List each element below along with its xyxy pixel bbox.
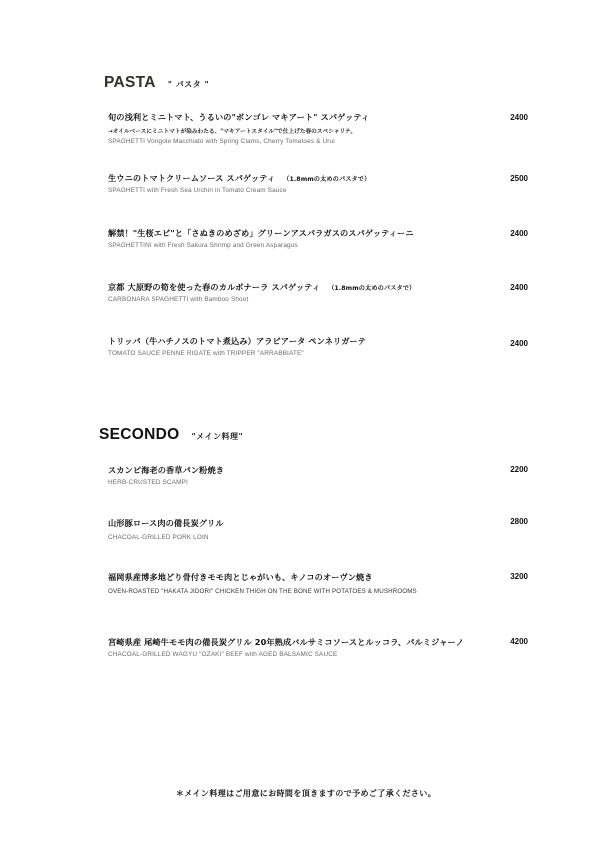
menu-item-pasta-5: トリッパ（牛ハチノスのトマト煮込み）アラビアータ ペンネリガーテ TOMATO … — [108, 336, 548, 357]
section-title-jp: " パスタ " — [168, 79, 209, 90]
section-title-secondo: SECONDO "メイン料理" — [99, 426, 243, 444]
item-name: 生ウニのトマトクリームソース スパゲッティ（1.8mmの太めのパスタで） — [108, 173, 548, 184]
item-english-name: CHACOAL-GRILLED WAGYU "OZAKI" BEEF with … — [108, 651, 548, 658]
item-english-name: CARBONARA SPAGHETTI with Bamboo Shoot — [108, 296, 548, 303]
menu-item-pasta-1: 旬の浅利とミニトマト、うるいの"ボンゴレ マキアート" スパゲッティ →オイルベ… — [108, 112, 548, 145]
item-price: 2500 — [510, 174, 528, 183]
item-price: 4200 — [510, 637, 528, 646]
item-name: 京都 大原野の筍を使った春のカルボナーラ スパゲッティ（1.8mmの太めのパスタ… — [108, 282, 548, 293]
menu-item-secondo-4: 宮崎県産 尾崎牛モモ肉の備長炭グリル 20年熟成バルサミコソースとルッコラ、パル… — [108, 637, 548, 658]
item-price: 2400 — [510, 339, 528, 348]
footnote: ＊メイン料理はご用意にお時間を頂きますので予めご了承ください。 — [0, 788, 612, 799]
section-title-en: SECONDO — [99, 426, 179, 444]
item-english-name: SPAGHETTI Vongole Macchiato with Spring … — [108, 138, 548, 145]
item-english-name: SPAGHETTI with Fresh Sea Urchin in Tomat… — [108, 187, 548, 194]
menu-item-pasta-3: 解禁！"生桜エビ"と「さぬきのめざめ」グリーンアスパラガスのスパゲッティーニ S… — [108, 228, 548, 249]
item-name-text: 生ウニのトマトクリームソース スパゲッティ — [108, 173, 275, 183]
item-name: 福岡県産博多地どり骨付きモモ肉とじゃがいも、キノコのオーヴン焼き — [108, 572, 548, 583]
item-english-name: CHACOAL-GRILLED PORK LOIN — [108, 534, 548, 541]
menu-item-secondo-2: 山形豚ロース肉の備長炭グリル CHACOAL-GRILLED PORK LOIN — [108, 518, 548, 541]
item-price: 3200 — [510, 572, 528, 581]
item-name: トリッパ（牛ハチノスのトマト煮込み）アラビアータ ペンネリガーテ — [108, 336, 548, 347]
item-price: 2200 — [510, 465, 528, 474]
item-english-name: SPAGHETTINI with Fresh Sakura Shrimp and… — [108, 242, 548, 249]
menu-item-pasta-2: 生ウニのトマトクリームソース スパゲッティ（1.8mmの太めのパスタで） SPA… — [108, 173, 548, 194]
item-price: 2800 — [510, 517, 528, 526]
item-english-name: HERB-CRUSTED SCAMPI — [108, 479, 548, 486]
section-title-en: PASTA — [104, 74, 156, 92]
menu-item-secondo-3: 福岡県産博多地どり骨付きモモ肉とじゃがいも、キノコのオーヴン焼き OVEN-RO… — [108, 572, 548, 595]
item-name: 旬の浅利とミニトマト、うるいの"ボンゴレ マキアート" スパゲッティ — [108, 112, 548, 123]
menu-item-secondo-1: スカンピ海老の香草パン粉焼き HERB-CRUSTED SCAMPI — [108, 465, 548, 486]
item-name: 山形豚ロース肉の備長炭グリル — [108, 518, 548, 529]
item-name: 宮崎県産 尾崎牛モモ肉の備長炭グリル 20年熟成バルサミコソースとルッコラ、パル… — [108, 637, 548, 648]
item-english-name: TOMATO SAUCE PENNE RIGATE with TRIPPER "… — [108, 350, 548, 357]
item-english-name: OVEN-ROASTED "HAKATA JIDORI" CHICKEN THI… — [108, 588, 548, 595]
item-note: （1.8mmの太めのパスタで） — [328, 285, 415, 292]
item-note: （1.8mmの太めのパスタで） — [283, 176, 370, 183]
item-price: 2400 — [510, 283, 528, 292]
item-name: スカンピ海老の香草パン粉焼き — [108, 465, 548, 476]
item-description: →オイルベースにミニトマトが染みわたる、"マキアートスタイル"で仕上げた春のスペ… — [108, 126, 548, 135]
section-title-jp: "メイン料理" — [191, 431, 243, 442]
item-price: 2400 — [510, 229, 528, 238]
menu-item-pasta-4: 京都 大原野の筍を使った春のカルボナーラ スパゲッティ（1.8mmの太めのパスタ… — [108, 282, 548, 303]
item-name: 解禁！"生桜エビ"と「さぬきのめざめ」グリーンアスパラガスのスパゲッティーニ — [108, 228, 548, 239]
item-name-text: 京都 大原野の筍を使った春のカルボナーラ スパゲッティ — [108, 282, 320, 292]
section-title-pasta: PASTA " パスタ " — [104, 74, 209, 92]
item-price: 2400 — [510, 113, 528, 122]
